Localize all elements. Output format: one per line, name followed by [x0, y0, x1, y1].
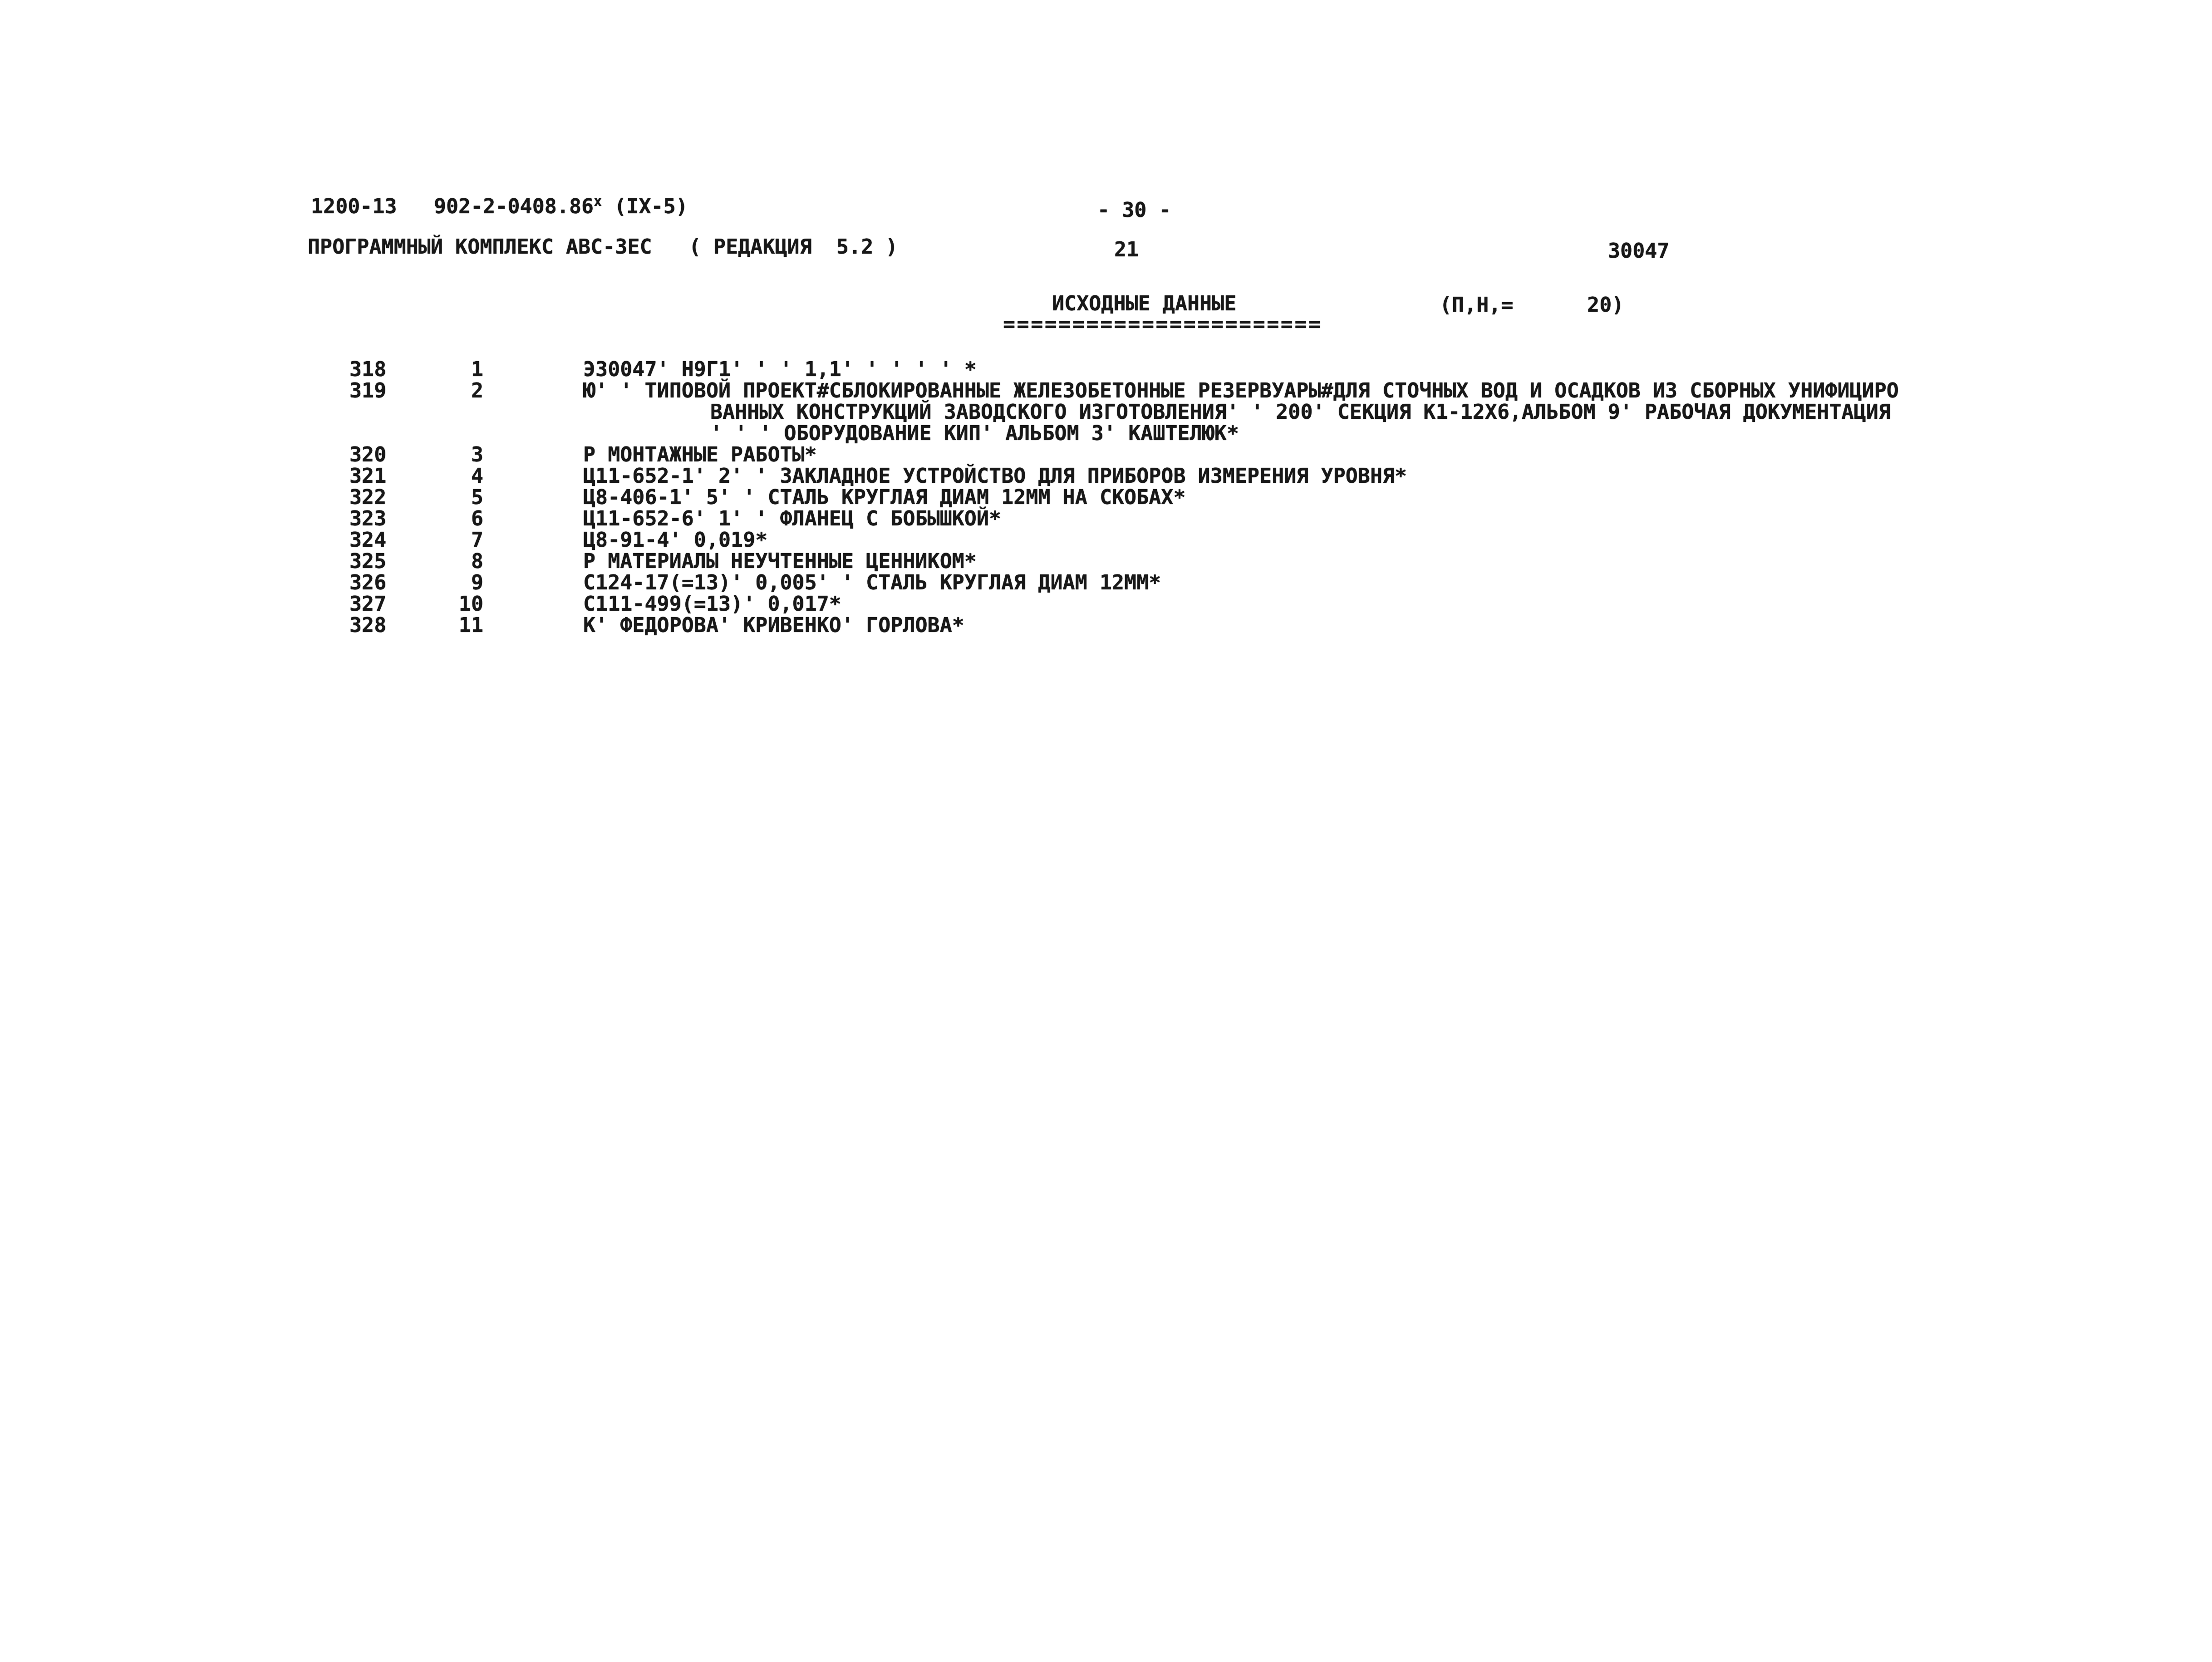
sequence-number: 9	[427, 572, 483, 593]
table-row: ' ' ' ОБОРУДОВАНИЕ КИП' АЛЬБОМ 3' КАШТЕЛ…	[0, 422, 2212, 444]
line-number: 320	[349, 444, 386, 465]
sequence-number: 1	[427, 358, 483, 380]
doc-code-main: 1200-13 902-2-0408.86	[311, 194, 594, 218]
table-row: 323 6 Ц11-652-6' 1' ' ФЛАНЕЦ С БОБЫШКОЙ*	[0, 508, 2212, 529]
line-number: 328	[349, 614, 386, 636]
table-row: 326 9 С124-17(=13)' 0,005' ' СТАЛЬ КРУГЛ…	[0, 572, 2212, 593]
row-text: Ц11-652-1' 2' ' ЗАКЛАДНОЕ УСТРОЙСТВО ДЛЯ…	[583, 465, 1407, 486]
row-text: ' ' ' ОБОРУДОВАНИЕ КИП' АЛЬБОМ 3' КАШТЕЛ…	[710, 422, 1239, 444]
sequence-number: 6	[427, 508, 483, 529]
doc-number: 30047	[1608, 240, 1669, 261]
sequence-number: 10	[427, 593, 483, 614]
line-number: 327	[349, 593, 386, 614]
table-row: 318 1 Э30047' Н9Г1' ' ' 1,1' ' ' ' ' *	[0, 358, 2212, 380]
line-number: 322	[349, 486, 386, 508]
row-text: С111-499(=13)' 0,017*	[583, 593, 841, 614]
row-text: ВАННЫХ КОНСТРУКЦИЙ ЗАВОДСКОГО ИЗГОТОВЛЕН…	[710, 401, 1891, 422]
table-row: 320 3 Р МОНТАЖНЫЕ РАБОТЫ*	[0, 444, 2212, 465]
table-row: 325 8 Р МАТЕРИАЛЫ НЕУЧТЕННЫЕ ЦЕННИКОМ*	[0, 550, 2212, 572]
page-number: - 30 -	[1097, 200, 1171, 220]
section-underline: =======================	[1003, 314, 1322, 334]
line-number: 323	[349, 508, 386, 529]
row-text: К' ФЕДОРОВА' КРИВЕНКО' ГОРЛОВА*	[583, 614, 964, 636]
row-text: Ц8-91-4' 0,019*	[583, 529, 767, 550]
table-row: 319 2 Ю' ' ТИПОВОЙ ПРОЕКТ#СБЛОКИРОВАННЫЕ…	[0, 380, 2212, 401]
line-number: 325	[349, 550, 386, 572]
row-text: Э30047' Н9Г1' ' ' 1,1' ' ' ' ' *	[583, 358, 977, 380]
doc-code-superscript: х	[594, 194, 602, 210]
pn-parameter: (П,Н,= 20)	[1440, 294, 1624, 315]
program-title: ПРОГРАММНЫЙ КОМПЛЕКС АВС-3ЕС ( РЕДАКЦИЯ …	[308, 236, 898, 257]
table-row: 328 11 К' ФЕДОРОВА' КРИВЕНКО' ГОРЛОВА*	[0, 614, 2212, 636]
row-text: Ю' ' ТИПОВОЙ ПРОЕКТ#СБЛОКИРОВАННЫЕ ЖЕЛЕЗ…	[583, 380, 1899, 401]
row-text: Р МОНТАЖНЫЕ РАБОТЫ*	[583, 444, 817, 465]
doc-code: 1200-13 902-2-0408.86х (IX-5)	[311, 196, 688, 219]
table-row: ВАННЫХ КОНСТРУКЦИЙ ЗАВОДСКОГО ИЗГОТОВЛЕН…	[0, 401, 2212, 422]
sequence-number: 3	[427, 444, 483, 465]
row-text: Ц8-406-1' 5' ' СТАЛЬ КРУГЛАЯ ДИАМ 12ММ Н…	[583, 486, 1186, 508]
sheet-number: 21	[1114, 239, 1139, 260]
sequence-number: 5	[427, 486, 483, 508]
sequence-number: 8	[427, 550, 483, 572]
table-row: 327 10 С111-499(=13)' 0,017*	[0, 593, 2212, 614]
sequence-number: 2	[427, 380, 483, 401]
line-number: 318	[349, 358, 386, 380]
line-number: 319	[349, 380, 386, 401]
section-title: ИСХОДНЫЕ ДАННЫЕ	[1052, 293, 1236, 314]
row-text: Р МАТЕРИАЛЫ НЕУЧТЕННЫЕ ЦЕННИКОМ*	[583, 550, 977, 572]
doc-code-tail: (IX-5)	[602, 194, 688, 218]
row-text: Ц11-652-6' 1' ' ФЛАНЕЦ С БОБЫШКОЙ*	[583, 508, 1001, 529]
sequence-number: 4	[427, 465, 483, 486]
sequence-number: 7	[427, 529, 483, 550]
line-number: 326	[349, 572, 386, 593]
table-row: 322 5 Ц8-406-1' 5' ' СТАЛЬ КРУГЛАЯ ДИАМ …	[0, 486, 2212, 508]
table-row: 324 7 Ц8-91-4' 0,019*	[0, 529, 2212, 550]
sequence-number: 11	[427, 614, 483, 636]
data-listing: 318 1 Э30047' Н9Г1' ' ' 1,1' ' ' ' ' * 3…	[0, 358, 2212, 636]
line-number: 321	[349, 465, 386, 486]
scanned-document-page: { "page": { "background": "#ffffff", "in…	[0, 0, 2212, 1662]
table-row: 321 4 Ц11-652-1' 2' ' ЗАКЛАДНОЕ УСТРОЙСТ…	[0, 465, 2212, 486]
row-text: С124-17(=13)' 0,005' ' СТАЛЬ КРУГЛАЯ ДИА…	[583, 572, 1161, 593]
line-number: 324	[349, 529, 386, 550]
